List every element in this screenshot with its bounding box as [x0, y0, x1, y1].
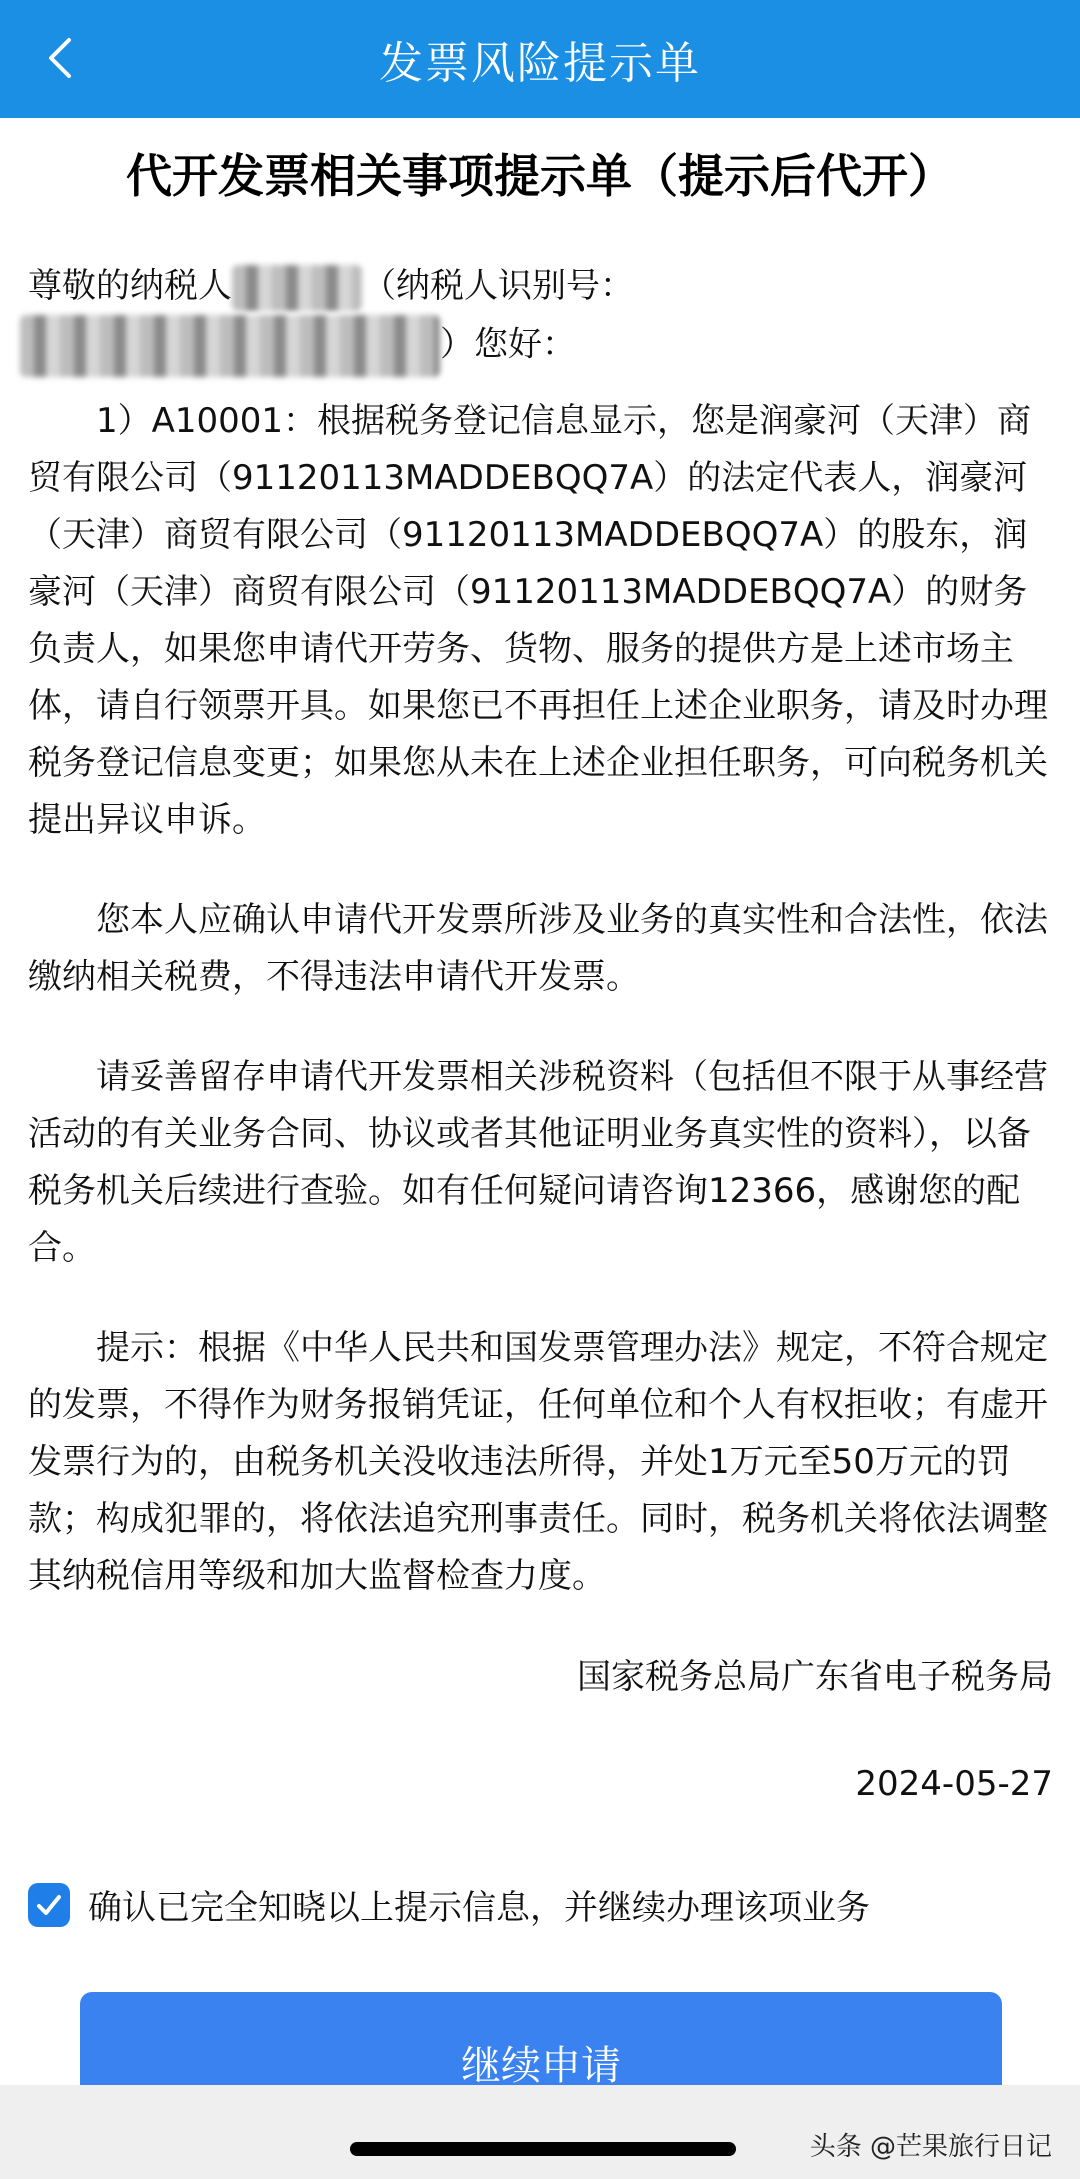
- app-header: 发票风险提示单: [0, 0, 1080, 118]
- home-indicator[interactable]: [350, 2142, 736, 2156]
- watermark: 头条 @芒果旅行日记: [810, 2126, 1052, 2163]
- greeting-suffix: ）您好：: [440, 325, 576, 365]
- confirm-checkbox-row[interactable]: 确认已完全知晓以上提示信息，并继续办理该项业务: [28, 1880, 870, 1929]
- issuer-signature: 国家税务总局广东省电子税务局: [28, 1649, 1053, 1706]
- greeting-id-label: （纳税人识别号：: [362, 266, 634, 306]
- document-title: 代开发票相关事项提示单（提示后代开）: [0, 140, 1080, 206]
- document-body: 尊敬的纳税人（纳税人识别号： ）您好： 1）A10001：根据税务登记信息显示，…: [28, 258, 1053, 1813]
- greeting-prefix: 尊敬的纳税人: [28, 266, 232, 306]
- redacted-name: [232, 265, 362, 311]
- paragraph-authenticity: 您本人应确认申请代开发票所涉及业务的真实性和合法性，依法缴纳相关税费，不得违法申…: [28, 892, 1053, 1006]
- confirm-label: 确认已完全知晓以上提示信息，并继续办理该项业务: [88, 1880, 870, 1929]
- greeting: 尊敬的纳税人（纳税人识别号： ）您好：: [28, 258, 1053, 377]
- redacted-taxpayer-id: [20, 315, 440, 377]
- chevron-left-icon: [47, 36, 73, 80]
- paragraph-legal-notice: 提示：根据《中华人民共和国发票管理办法》规定，不符合规定的发票，不得作为财务报销…: [28, 1320, 1053, 1605]
- page-title: 发票风险提示单: [379, 27, 701, 91]
- back-button[interactable]: [30, 28, 90, 88]
- paragraph-a10001: 1）A10001：根据税务登记信息显示，您是润豪河（天津）商贸有限公司（9112…: [28, 393, 1053, 849]
- checkmark-icon: [35, 1893, 63, 1917]
- paragraph-retain-records: 请妥善留存申请代开发票相关涉税资料（包括但不限于从事经营活动的有关业务合同、协议…: [28, 1049, 1053, 1277]
- confirm-checkbox[interactable]: [28, 1883, 70, 1927]
- issue-date: 2024-05-27: [28, 1756, 1053, 1813]
